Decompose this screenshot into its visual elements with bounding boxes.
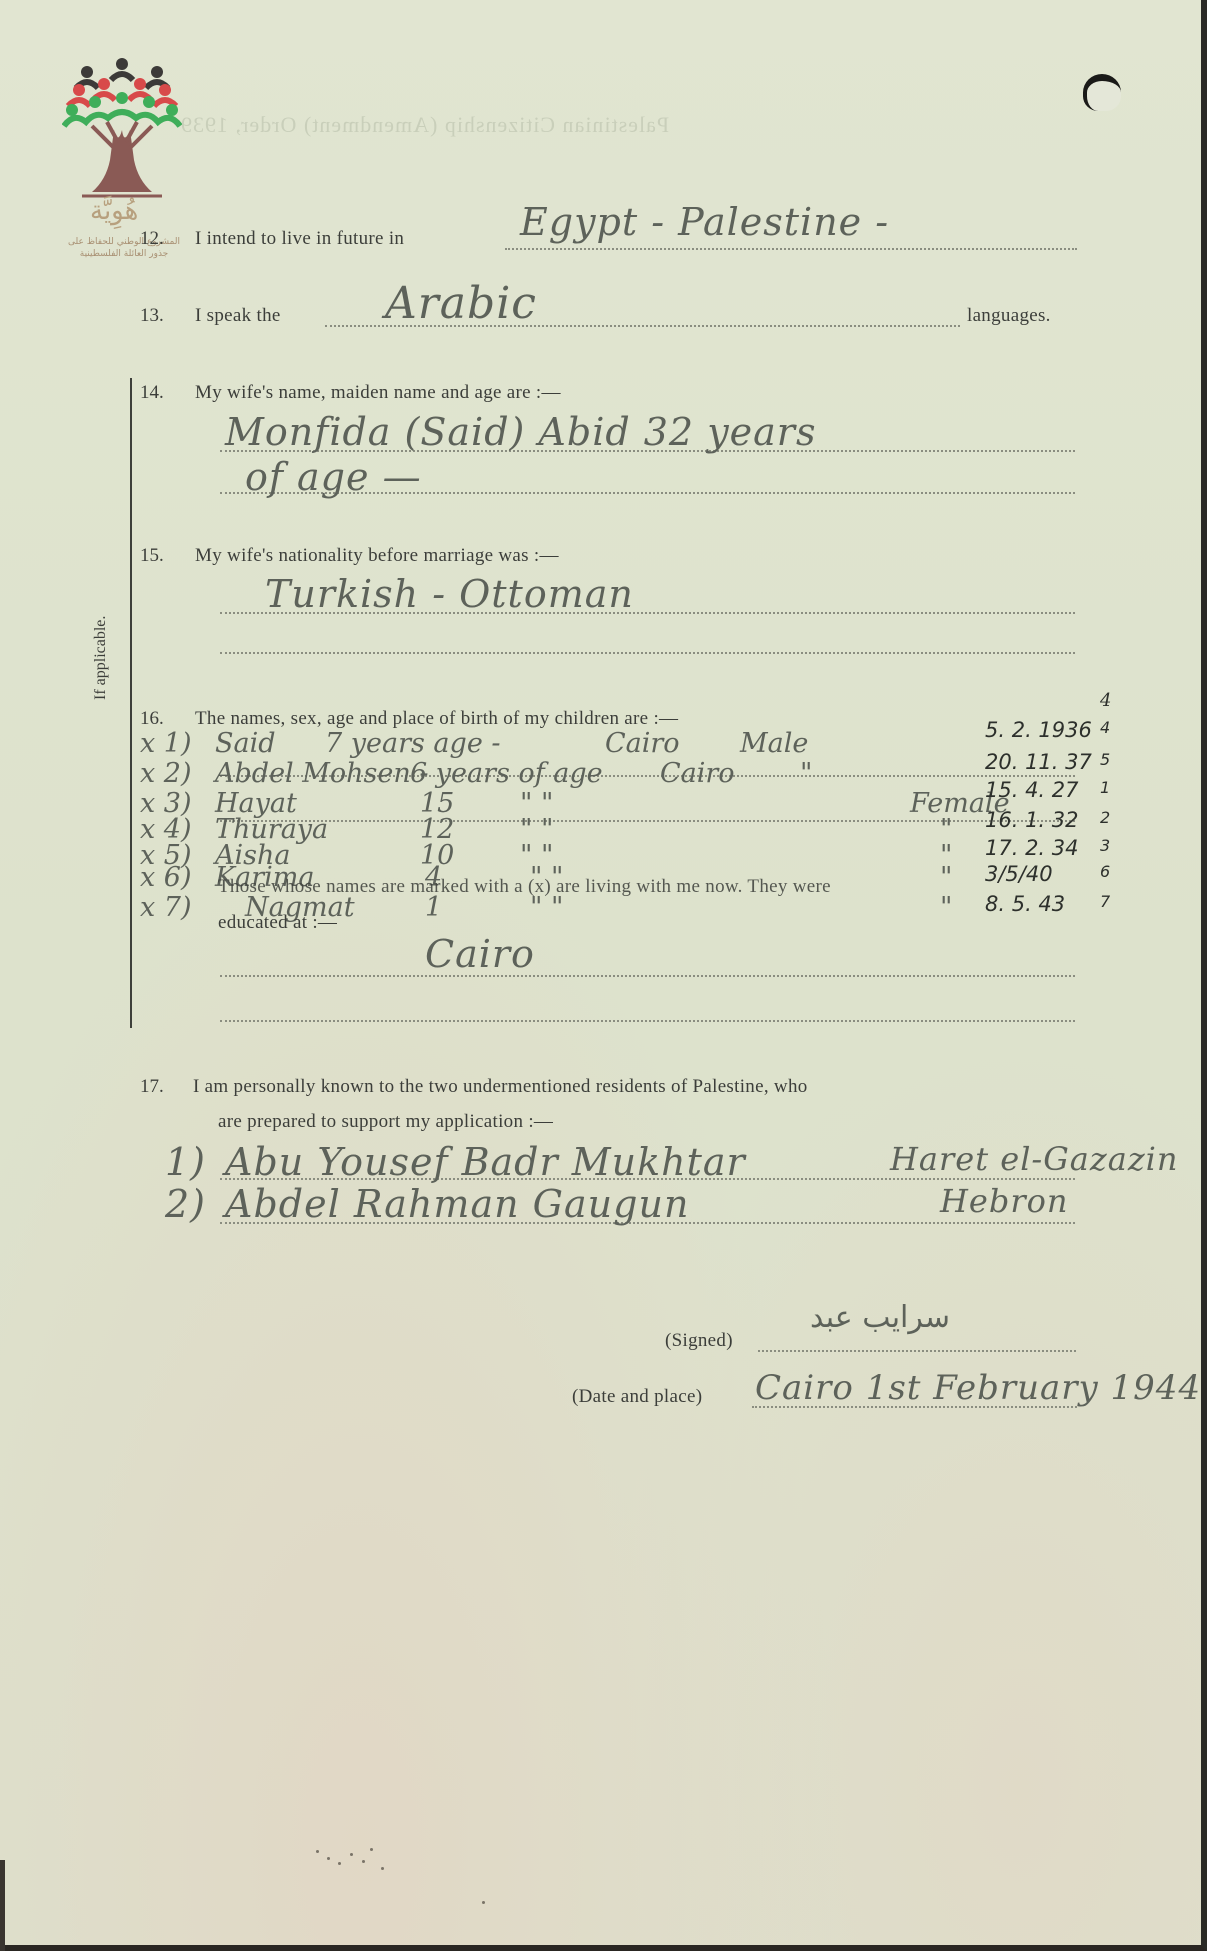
answer-educated-at: Cairo: [425, 932, 535, 976]
birth-order: 1: [1100, 778, 1110, 797]
child-mark: x 1): [140, 728, 192, 759]
child-dob: 5. 2. 1936: [985, 718, 1092, 742]
answer-line: [220, 652, 1075, 654]
margin-note: If applicable.: [92, 616, 110, 700]
item-number: 16.: [140, 708, 164, 730]
date-place-label: (Date and place): [572, 1386, 702, 1408]
order-mark: 4: [1100, 690, 1112, 711]
child-sex: Male: [740, 728, 808, 759]
date-place-value: Cairo 1st February 1944: [755, 1368, 1201, 1408]
referee-name: Abu Yousef Badr Mukhtar: [225, 1140, 746, 1184]
child-sex: ": [940, 862, 952, 893]
answer-wife-age: of age —: [245, 455, 422, 499]
signature-line: [758, 1350, 1076, 1352]
item-number: 12.: [140, 228, 164, 250]
child-age: 7 years age -: [325, 728, 501, 759]
item-label: The names, sex, age and place of birth o…: [195, 708, 678, 730]
child-place: Cairo: [660, 758, 735, 789]
child-dob: 8. 5. 43: [985, 892, 1065, 916]
item-number: 13.: [140, 305, 164, 327]
item-suffix: languages.: [967, 305, 1051, 327]
signature-value: سرايب عبد: [810, 1300, 950, 1335]
item-label-continued: are prepared to support my application :…: [218, 1111, 553, 1133]
answer-line: [220, 975, 1075, 977]
signed-label: (Signed): [665, 1330, 733, 1352]
item-label: My wife's name, maiden name and age are …: [195, 382, 561, 404]
item-number: 14.: [140, 382, 164, 404]
item-label: My wife's nationality before marriage wa…: [195, 545, 559, 567]
logo-tagline: المشروع الوطني للحفاظ على جذور العائلة ا…: [64, 236, 184, 260]
logo-tagline-line2: جذور العائلة الفلسطينية: [64, 248, 184, 260]
item-number: 17.: [140, 1076, 164, 1098]
logo-wordmark: هُوِيَّة: [90, 196, 138, 226]
birth-order: 5: [1100, 750, 1110, 769]
referee-place: Haret el-Gazazin: [890, 1140, 1179, 1178]
birth-order: 3: [1100, 836, 1110, 855]
answer-line: [220, 1020, 1075, 1022]
child-mark: x 6): [140, 862, 192, 893]
child-dob: 20. 11. 37: [985, 750, 1092, 774]
applicable-bracket: [130, 378, 132, 1028]
item-label: I am personally known to the two underme…: [193, 1076, 808, 1098]
document-page: Palestinian Citizenship (Amendment) Orde…: [0, 0, 1207, 1951]
child-name: Said: [215, 728, 276, 759]
item-label: I speak the: [195, 305, 281, 327]
educated-label: educated at :—: [218, 912, 337, 934]
referee-name: Abdel Rahman Gaugun: [225, 1182, 689, 1226]
logo-tagline-line1: المشروع الوطني للحفاظ على: [64, 236, 184, 248]
child-sex: ": [800, 758, 812, 789]
living-note: Those whose names are marked with a (x) …: [218, 876, 831, 898]
child-dob: 16. 1. 32: [985, 808, 1079, 832]
answer-wife-name: Monfida (Said) Abid 32 years: [225, 410, 816, 454]
birth-order: 2: [1100, 808, 1110, 827]
referee-index: 1): [165, 1140, 206, 1184]
page-edge-shadow: [0, 1860, 5, 1951]
child-age: 6 years of age: [410, 758, 603, 789]
child-name: Abdel Mohsen -: [215, 758, 428, 789]
referee-place: Hebron: [940, 1182, 1069, 1220]
item-label: I intend to live in future in: [195, 228, 404, 250]
child-place: Cairo: [605, 728, 680, 759]
child-sex: ": [940, 892, 952, 923]
answer-residence: Egypt - Palestine -: [520, 200, 889, 244]
child-mark: x 7): [140, 892, 192, 923]
answer-language: Arabic: [385, 278, 537, 329]
birth-order: 7: [1100, 892, 1110, 911]
answer-wife-nationality: Turkish - Ottoman: [265, 572, 634, 616]
answer-line: [505, 248, 1077, 250]
punch-hole: [1083, 74, 1121, 111]
referee-index: 2): [165, 1182, 206, 1226]
child-mark: x 2): [140, 758, 192, 789]
birth-order: 4: [1100, 718, 1110, 737]
child-dob: 17. 2. 34: [985, 836, 1079, 860]
birth-order: 6: [1100, 862, 1110, 881]
item-number: 15.: [140, 545, 164, 567]
child-dob: 15. 4. 27: [985, 778, 1079, 802]
bleed-through-text: Palestinian Citizenship (Amendment) Orde…: [180, 112, 669, 138]
child-dob: 3/5/40: [985, 862, 1053, 886]
